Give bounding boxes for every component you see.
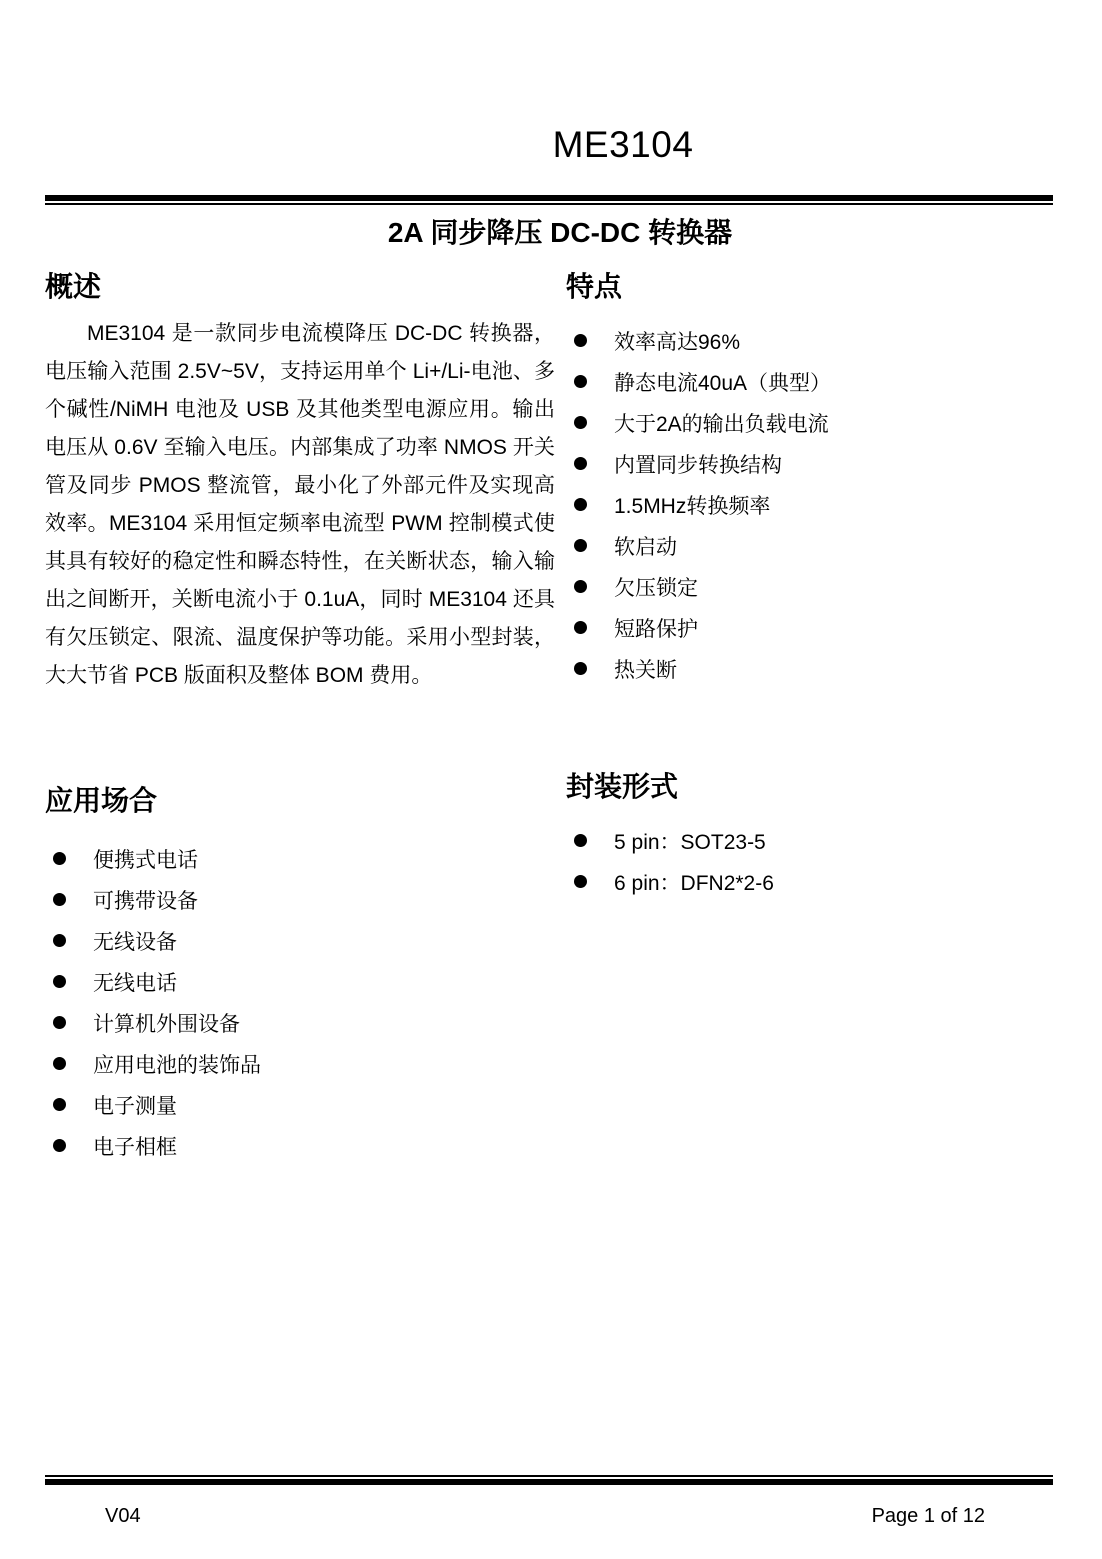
list-item-label: 内置同步转换结构 — [614, 449, 782, 479]
bullet-icon — [574, 498, 587, 511]
list-item: 电子相框 — [45, 1125, 555, 1166]
applications-heading: 应用场合 — [45, 786, 555, 816]
list-item-label: 可携带设备 — [93, 885, 198, 915]
bullet-icon — [574, 539, 587, 552]
list-item: 可携带设备 — [45, 879, 555, 920]
list-item-label: 计算机外围设备 — [93, 1008, 240, 1038]
list-item-label: 静态电流40uA（典型） — [614, 367, 831, 397]
list-item: 便携式电话 — [45, 838, 555, 879]
list-item: 应用电池的装饰品 — [45, 1043, 555, 1084]
list-item-label: 便携式电话 — [93, 844, 198, 874]
list-item: 电子测量 — [45, 1084, 555, 1125]
overview-section: 概述 ME3104 是一款同步电流模降压 DC-DC 转换器，电压输入范围 2.… — [45, 272, 555, 695]
bullet-icon — [574, 457, 587, 470]
list-item-label: 6 pin：DFN2*2-6 — [614, 867, 774, 897]
list-item: 计算机外围设备 — [45, 1002, 555, 1043]
bullet-icon — [574, 834, 587, 847]
footer-rule — [45, 1475, 1053, 1477]
bullet-icon — [574, 416, 587, 429]
list-item: 6 pin：DFN2*2-6 — [566, 861, 1066, 902]
header-rule — [45, 195, 1053, 201]
bullet-icon — [574, 662, 587, 675]
datasheet-page: ME3104 2A 同步降压 DC-DC 转换器 概述 ME3104 是一款同步… — [0, 0, 1102, 1559]
footer-version: V04 — [105, 1503, 141, 1529]
footer-page-number: Page 1 of 12 — [872, 1503, 985, 1529]
features-list: 效率高达96% 静态电流40uA（典型） 大于2A的输出负载电流 内置同步转换结… — [566, 320, 1066, 689]
bullet-icon — [53, 1139, 66, 1152]
bullet-icon — [574, 580, 587, 593]
bullet-icon — [53, 893, 66, 906]
features-heading: 特点 — [566, 272, 1066, 302]
list-item: 大于2A的输出负载电流 — [566, 402, 1066, 443]
packages-section: 封装形式 5 pin：SOT23-5 6 pin：DFN2*2-6 — [566, 772, 1066, 902]
list-item: 内置同步转换结构 — [566, 443, 1066, 484]
bullet-icon — [574, 621, 587, 634]
bullet-icon — [53, 1057, 66, 1070]
list-item-label: 大于2A的输出负载电流 — [614, 408, 829, 438]
list-item: 无线设备 — [45, 920, 555, 961]
list-item: 静态电流40uA（典型） — [566, 361, 1066, 402]
list-item-label: 电子相框 — [93, 1131, 177, 1161]
list-item: 5 pin：SOT23-5 — [566, 820, 1066, 861]
list-item-label: 5 pin：SOT23-5 — [614, 826, 766, 856]
list-item-label: 热关断 — [614, 654, 677, 684]
packages-list: 5 pin：SOT23-5 6 pin：DFN2*2-6 — [566, 820, 1066, 902]
list-item: 软启动 — [566, 525, 1066, 566]
bullet-icon — [53, 1098, 66, 1111]
applications-list: 便携式电话 可携带设备 无线设备 无线电话 — [45, 838, 555, 1166]
bullet-icon — [53, 934, 66, 947]
bullet-icon — [53, 1016, 66, 1029]
list-item: 欠压锁定 — [566, 566, 1066, 607]
bullet-icon — [574, 375, 587, 388]
list-item: 1.5MHz转换频率 — [566, 484, 1066, 525]
applications-section: 应用场合 便携式电话 可携带设备 无线设备 — [45, 786, 555, 1166]
page-title: ME3104 — [45, 123, 1053, 167]
list-item-label: 软启动 — [614, 531, 677, 561]
bullet-icon — [574, 875, 587, 888]
list-item-label: 无线设备 — [93, 926, 177, 956]
overview-heading: 概述 — [45, 272, 555, 302]
list-item-label: 效率高达96% — [614, 326, 740, 356]
list-item-label: 欠压锁定 — [614, 572, 698, 602]
bullet-icon — [53, 852, 66, 865]
list-item-label: 应用电池的装饰品 — [93, 1049, 261, 1079]
footer: V04 Page 1 of 12 — [45, 1503, 1053, 1529]
page-subtitle: 2A 同步降压 DC-DC 转换器 — [45, 216, 1053, 250]
list-item: 热关断 — [566, 648, 1066, 689]
list-item-label: 短路保护 — [614, 613, 698, 643]
overview-paragraph: ME3104 是一款同步电流模降压 DC-DC 转换器，电压输入范围 2.5V~… — [45, 315, 555, 695]
features-section: 特点 效率高达96% 静态电流40uA（典型） 大于2A的输出负载电流 — [566, 272, 1066, 689]
list-item-label: 无线电话 — [93, 967, 177, 997]
bullet-icon — [53, 975, 66, 988]
list-item-label: 电子测量 — [93, 1090, 177, 1120]
list-item: 无线电话 — [45, 961, 555, 1002]
list-item-label: 1.5MHz转换频率 — [614, 490, 770, 520]
list-item: 效率高达96% — [566, 320, 1066, 361]
packages-heading: 封装形式 — [566, 772, 1066, 802]
bullet-icon — [574, 334, 587, 347]
list-item: 短路保护 — [566, 607, 1066, 648]
